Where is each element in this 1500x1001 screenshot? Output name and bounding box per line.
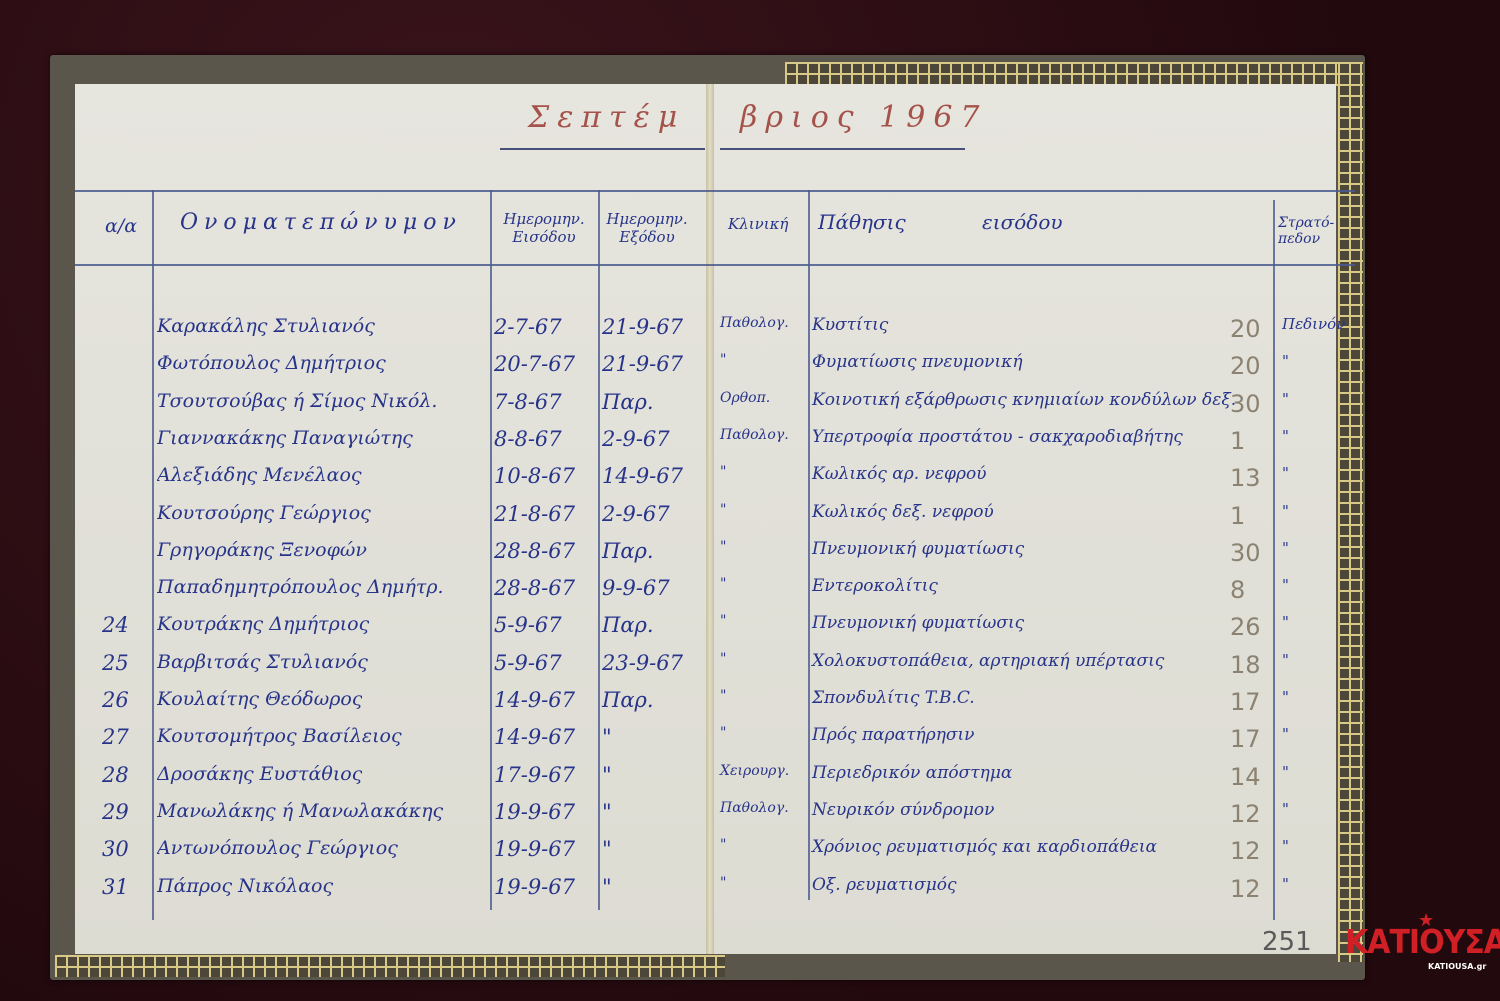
- column-divider: [490, 190, 492, 910]
- clinic: ": [720, 688, 726, 704]
- row-number: 30: [102, 837, 129, 861]
- clinic: ": [720, 837, 726, 853]
- table-header-rule: [75, 264, 1355, 266]
- header-entry-date: Ημερομην. Εισόδου: [494, 210, 594, 246]
- row-number: 27: [102, 725, 129, 749]
- pencil-note: 26: [1230, 613, 1261, 641]
- header-exit-date: Ημερομην. Εξόδου: [602, 210, 692, 246]
- unit: ": [1282, 427, 1289, 445]
- patient-name: Κουλαίτης Θεόδωρος: [157, 688, 362, 710]
- entry-date: 14-9-67: [494, 688, 575, 712]
- clinic: ": [720, 651, 726, 667]
- clinic: ": [720, 539, 726, 555]
- patient-name: Πάπρος Νικόλαος: [157, 875, 333, 897]
- column-divider: [1273, 200, 1275, 920]
- pencil-note: 8: [1230, 576, 1245, 604]
- unit: ": [1282, 651, 1289, 669]
- header-diagnosis: Πάθησις εισόδου: [818, 210, 1063, 234]
- diagnosis: Κοινοτική εξάρθρωσις κνημιαίων κονδύλων …: [812, 390, 1236, 410]
- exit-date: 14-9-67: [602, 464, 683, 488]
- unit: ": [1282, 837, 1289, 855]
- exit-date: Παρ.: [602, 688, 654, 712]
- diagnosis: Περιεδρικόν απόστημα: [812, 763, 1012, 783]
- unit: ": [1282, 464, 1289, 482]
- pencil-note: 30: [1230, 390, 1261, 418]
- decorative-grid-tape-right: [1338, 62, 1363, 962]
- diagnosis: Χρόνιος ρευματισμός και καρδιοπάθεια: [812, 837, 1157, 857]
- clinic: ": [720, 352, 726, 368]
- patient-name: Φωτόπουλος Δημήτριος: [157, 352, 386, 374]
- patient-name: Κουτσούρης Γεώργιος: [157, 502, 371, 524]
- row-number: 29: [102, 800, 129, 824]
- column-divider: [152, 190, 154, 920]
- entry-date: 10-8-67: [494, 464, 575, 488]
- header-clinic: Κλινική: [728, 215, 788, 233]
- unit: ": [1282, 576, 1289, 594]
- entry-date: 21-8-67: [494, 502, 575, 526]
- exit-date: Παρ.: [602, 539, 654, 563]
- unit: Πεδινόν: [1282, 315, 1345, 333]
- unit: ": [1282, 352, 1289, 370]
- entry-date: 17-9-67: [494, 763, 575, 787]
- unit: ": [1282, 390, 1289, 408]
- row-number: 25: [102, 651, 129, 675]
- diagnosis: Κωλικός δεξ. νεφρού: [812, 502, 994, 522]
- decorative-grid-tape-bottom: [55, 955, 725, 977]
- patient-name: Καρακάλης Στυλιανός: [157, 315, 375, 337]
- patient-name: Παπαδημητρόπουλος Δημήτρ.: [157, 576, 444, 598]
- patient-name: Δροσάκης Ευστάθιος: [157, 763, 362, 785]
- patient-name: Αντωνόπουλος Γεώργιος: [157, 837, 398, 859]
- title-underline-right: [720, 148, 965, 150]
- exit-date: ": [602, 725, 612, 749]
- unit: ": [1282, 613, 1289, 631]
- pencil-note: 18: [1230, 651, 1261, 679]
- watermark-site: KATIOUSA.gr: [1428, 962, 1486, 971]
- unit: ": [1282, 875, 1289, 893]
- diagnosis: Σπονδυλίτις T.B.C.: [812, 688, 975, 708]
- entry-date: 5-9-67: [494, 651, 562, 675]
- exit-date: ": [602, 800, 612, 824]
- clinic: Ορθοπ.: [720, 390, 770, 406]
- entry-date: 8-8-67: [494, 427, 562, 451]
- entry-date: 19-9-67: [494, 800, 575, 824]
- title-underline-left: [500, 148, 705, 150]
- exit-date: ": [602, 763, 612, 787]
- patient-name: Κουτσομήτρος Βασίλειος: [157, 725, 402, 747]
- header-unit: Στρατό-πεδον: [1278, 215, 1338, 247]
- clinic: ": [720, 502, 726, 518]
- diagnosis: Φυματίωσις πνευμονική: [812, 352, 1023, 372]
- clinic: Παθολογ.: [720, 315, 789, 331]
- header-number: α/α: [105, 215, 137, 237]
- diagnosis: Εντεροκολίτις: [812, 576, 938, 596]
- entry-date: 28-8-67: [494, 576, 575, 600]
- diagnosis: Πρός παρατήρησιν: [812, 725, 974, 745]
- exit-date: 2-9-67: [602, 427, 670, 451]
- patient-name: Τσουτσούβας ή Σίμος Νικόλ.: [157, 390, 437, 412]
- exit-date: 21-9-67: [602, 352, 683, 376]
- clinic: Παθολογ.: [720, 427, 789, 443]
- table-top-rule: [75, 190, 1355, 192]
- exit-date: ": [602, 837, 612, 861]
- diagnosis: Νευρικόν σύνδρομον: [812, 800, 994, 820]
- pencil-note: 12: [1230, 837, 1261, 865]
- diagnosis: Κωλικός αρ. νεφρού: [812, 464, 987, 484]
- clinic: Παθολογ.: [720, 800, 789, 816]
- ledger-title-right: βριος 1967: [740, 100, 988, 135]
- exit-date: Παρ.: [602, 390, 654, 414]
- column-divider: [598, 190, 600, 910]
- pencil-note: 1: [1230, 427, 1245, 455]
- exit-date: 9-9-67: [602, 576, 670, 600]
- page-number: 251: [1262, 927, 1312, 957]
- diagnosis: Οξ. ρευματισμός: [812, 875, 957, 895]
- patient-name: Μανωλάκης ή Μανωλακάκης: [157, 800, 443, 822]
- book-spine: [706, 84, 714, 954]
- row-number: 24: [102, 613, 129, 637]
- ledger-title-left: Σεπτέμ: [528, 100, 685, 135]
- clinic: ": [720, 576, 726, 592]
- patient-name: Γιαννακάκης Παναγιώτης: [157, 427, 413, 449]
- entry-date: 5-9-67: [494, 613, 562, 637]
- entry-date: 19-9-67: [494, 837, 575, 861]
- exit-date: 2-9-67: [602, 502, 670, 526]
- pencil-note: 17: [1230, 725, 1261, 753]
- diagnosis: Πνευμονική φυματίωσις: [812, 539, 1024, 559]
- entry-date: 20-7-67: [494, 352, 575, 376]
- patient-name: Αλεξιάδης Μενέλαος: [157, 464, 362, 486]
- entry-date: 2-7-67: [494, 315, 562, 339]
- unit: ": [1282, 688, 1289, 706]
- clinic: ": [720, 613, 726, 629]
- row-number: 31: [102, 875, 129, 899]
- pencil-note: 12: [1230, 800, 1261, 828]
- clinic: ": [720, 725, 726, 741]
- diagnosis: Υπερτροφία προστάτου - σακχαροδιαβήτης: [812, 427, 1183, 447]
- watermark-logo: ΚΑΤΙΟΥΣΑ: [1345, 923, 1500, 962]
- unit: ": [1282, 800, 1289, 818]
- clinic: Χειρουργ.: [720, 763, 789, 779]
- pencil-note: 20: [1230, 315, 1261, 343]
- pencil-note: 1: [1230, 502, 1245, 530]
- column-divider: [808, 190, 810, 900]
- entry-date: 19-9-67: [494, 875, 575, 899]
- exit-date: Παρ.: [602, 613, 654, 637]
- pencil-note: 13: [1230, 464, 1261, 492]
- pencil-note: 20: [1230, 352, 1261, 380]
- unit: ": [1282, 725, 1289, 743]
- entry-date: 7-8-67: [494, 390, 562, 414]
- patient-name: Βαρβιτσάς Στυλιανός: [157, 651, 368, 673]
- diagnosis: Κυστίτις: [812, 315, 888, 335]
- header-name: Ονοματεπώνυμον: [180, 210, 462, 235]
- diagnosis: Πνευμονική φυματίωσις: [812, 613, 1024, 633]
- row-number: 26: [102, 688, 129, 712]
- unit: ": [1282, 763, 1289, 781]
- patient-name: Γρηγοράκης Ξενοφών: [157, 539, 367, 561]
- pencil-note: 17: [1230, 688, 1261, 716]
- exit-date: ": [602, 875, 612, 899]
- exit-date: 21-9-67: [602, 315, 683, 339]
- row-number: 28: [102, 763, 129, 787]
- entry-date: 14-9-67: [494, 725, 575, 749]
- pencil-note: 14: [1230, 763, 1261, 791]
- pencil-note: 30: [1230, 539, 1261, 567]
- entry-date: 28-8-67: [494, 539, 575, 563]
- unit: ": [1282, 502, 1289, 520]
- decorative-grid-tape-top: [785, 62, 1360, 86]
- unit: ": [1282, 539, 1289, 557]
- clinic: ": [720, 875, 726, 891]
- exit-date: 23-9-67: [602, 651, 683, 675]
- pencil-note: 12: [1230, 875, 1261, 903]
- patient-name: Κουτράκης Δημήτριος: [157, 613, 369, 635]
- clinic: ": [720, 464, 726, 480]
- diagnosis: Χολοκυστοπάθεια, αρτηριακή υπέρτασις: [812, 651, 1164, 671]
